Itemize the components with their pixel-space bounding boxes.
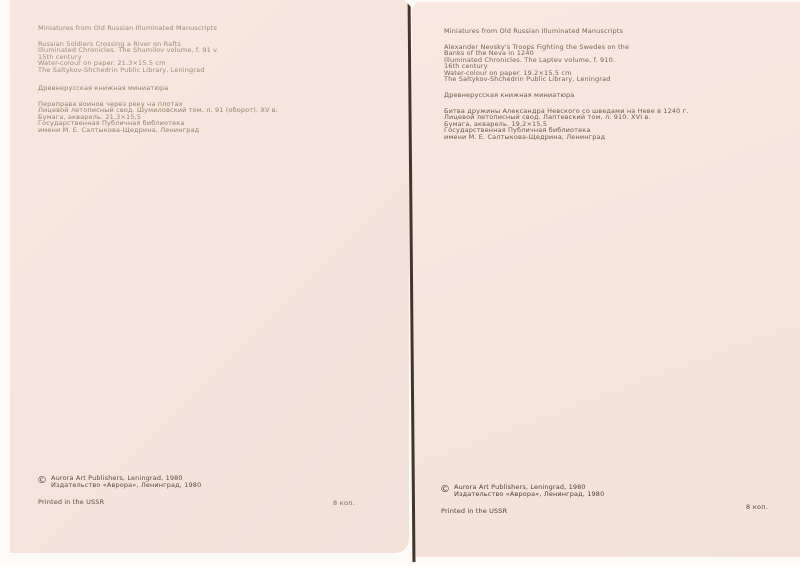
- series-header: Miniatures from Old Russian Illuminated …: [444, 28, 629, 35]
- series-header: Miniatures from Old Russian Illuminated …: [38, 25, 219, 32]
- printed-in-ussr: Printed in the USSR: [38, 499, 201, 506]
- price-label: 8 коп.: [746, 503, 768, 511]
- left-english-caption-block: Miniatures from Old Russian Illuminated …: [38, 25, 219, 73]
- price-label: 8 коп.: [333, 499, 355, 507]
- publisher-lines: Aurora Art Publishers, Leningrad, 1980 И…: [454, 484, 604, 498]
- postcard-left: Miniatures from Old Russian Illuminated …: [10, 0, 409, 553]
- publisher-russian: Издательство «Аврора», Ленинград, 1980: [454, 491, 604, 498]
- publisher-lines: Aurora Art Publishers, Leningrad, 1980 И…: [51, 475, 201, 489]
- left-russian-caption-block: Древнерусская книжная миниатюра Переправ…: [38, 85, 278, 133]
- right-russian-caption-block: Древнерусская книжная миниатюра Битва др…: [444, 92, 688, 140]
- copyright-icon: ©: [37, 476, 47, 486]
- artwork-library: The Saltykov-Shchedrin Public Library, L…: [38, 67, 219, 74]
- postcard-right: Miniatures from Old Russian Illuminated …: [412, 2, 800, 557]
- scanned-postcards-background: Miniatures from Old Russian Illuminated …: [0, 0, 800, 565]
- left-imprint-block: © Aurora Art Publishers, Leningrad, 1980…: [38, 475, 201, 506]
- artwork-library-ru-line2: имени М. Е. Салтыкова-Щедрина, Ленинград: [444, 134, 688, 141]
- publisher-russian: Издательство «Аврора», Ленинград, 1980: [51, 482, 201, 489]
- copyright-icon: ©: [440, 485, 450, 495]
- right-english-caption-block: Miniatures from Old Russian Illuminated …: [444, 28, 629, 83]
- artwork-library-ru-line2: имени М. Е. Салтыкова-Щедрина, Ленинград: [38, 127, 278, 134]
- printed-in-ussr: Printed in the USSR: [441, 508, 604, 515]
- right-imprint-block: © Aurora Art Publishers, Leningrad, 1980…: [441, 484, 604, 515]
- artwork-library: The Saltykov-Shchedrin Public Library, L…: [444, 76, 629, 83]
